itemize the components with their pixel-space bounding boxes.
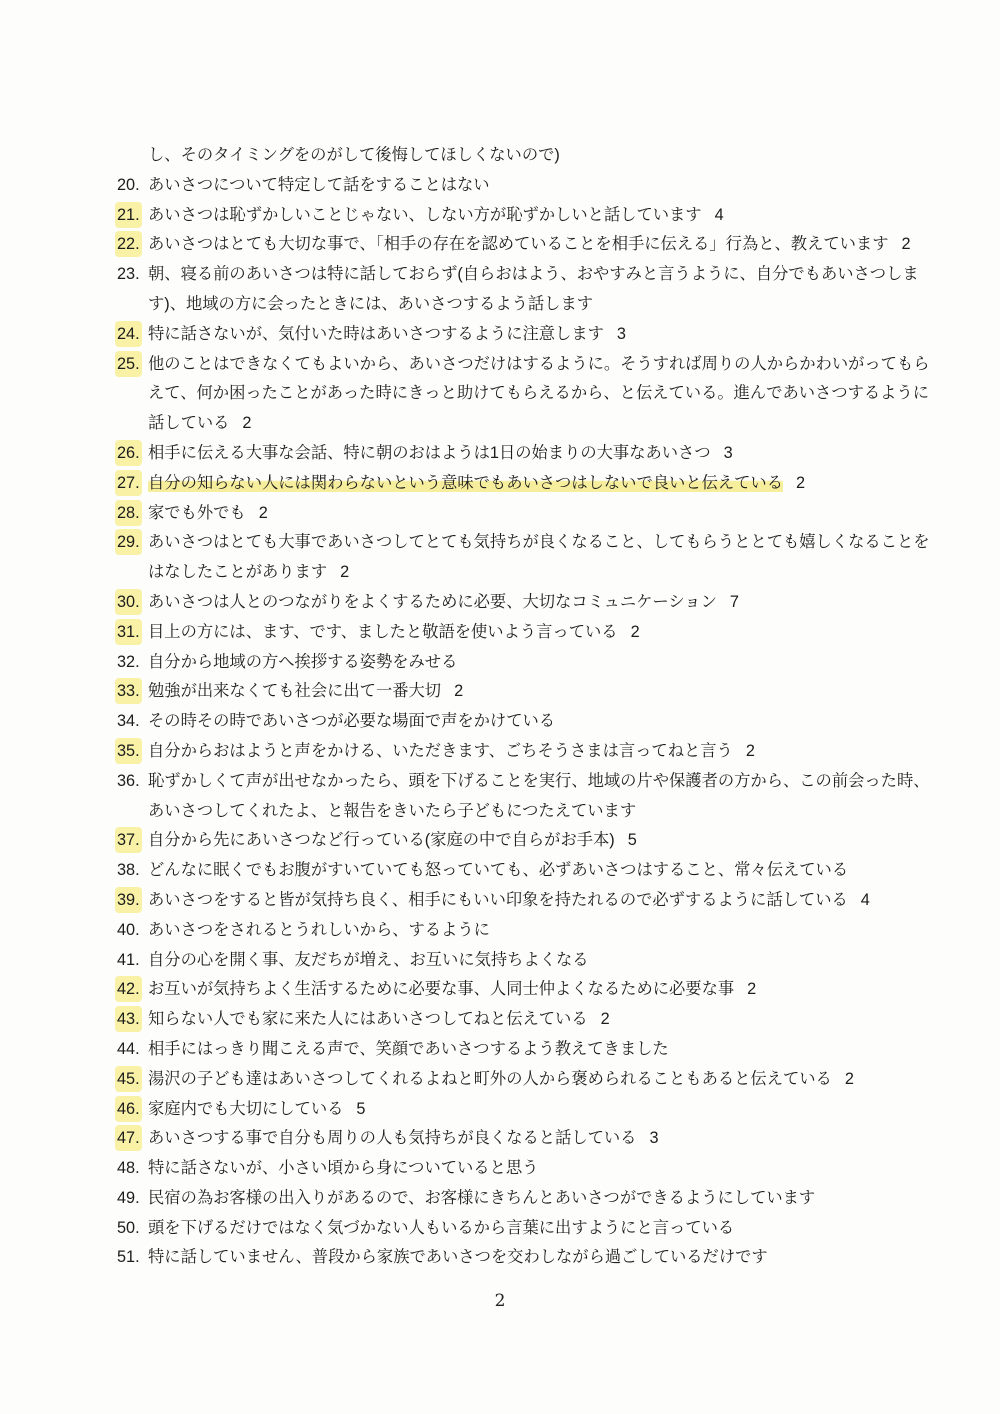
item-number: 50. bbox=[117, 1217, 140, 1239]
item-text-block: 特に話さないが、小さい頃から身についていると思う bbox=[148, 1154, 932, 1184]
item-count: 2 bbox=[454, 682, 463, 700]
item-number: 45. bbox=[117, 1068, 140, 1090]
item-text-block: 目上の方には、ます、です、ましたと敬語を使いよう言っている2 bbox=[148, 618, 932, 648]
item-text-block: 相手にはっきり聞こえる声で、笑顔であいさつするよう教えてきました bbox=[148, 1035, 932, 1065]
items-list: 20. あいさつについて特定して話をすることはない 21. あいさつは恥ずかしい… bbox=[117, 171, 937, 1273]
item-number: 33. bbox=[117, 680, 140, 702]
item-text: お互いが気持ちよく生活するために必要な事、人同士仲よくなるために必要な事 bbox=[148, 980, 734, 998]
list-item: 32. 自分から地域の方へ挨拶する姿勢をみせる bbox=[117, 648, 937, 678]
item-number: 43. bbox=[117, 1008, 140, 1030]
item-number-cell: 49. bbox=[117, 1184, 148, 1214]
item-count: 3 bbox=[617, 325, 626, 343]
item-number: 30. bbox=[117, 591, 140, 613]
item-count: 2 bbox=[901, 235, 910, 253]
item-number-cell: 26. bbox=[117, 439, 148, 469]
item-text-block: あいさつをされるとうれしいから、するように bbox=[148, 916, 932, 946]
item-number: 22. bbox=[117, 233, 140, 255]
item-number: 51. bbox=[117, 1246, 140, 1268]
item-text: 湯沢の子ども達はあいさつしてくれるよねと町外の人から褒められることもあると伝えて… bbox=[148, 1070, 832, 1088]
item-number: 42. bbox=[117, 978, 140, 1000]
document-content: し、そのタイミングをのがして後悔してほしくないので) 20. あいさつについて特… bbox=[117, 141, 937, 1273]
item-number: 24. bbox=[117, 323, 140, 345]
item-text: あいさつをされるとうれしいから、するように bbox=[148, 921, 490, 939]
item-text-block: 家庭内でも大切にしている5 bbox=[148, 1095, 932, 1125]
item-text: あいさつをすると皆が気持ち良く、相手にもいい印象を持たれるので必ずするように話し… bbox=[148, 891, 848, 909]
list-item: 48. 特に話さないが、小さい頃から身についていると思う bbox=[117, 1154, 937, 1184]
item-number: 29. bbox=[117, 531, 140, 553]
item-number: 27. bbox=[117, 472, 140, 494]
list-item: 31. 目上の方には、ます、です、ましたと敬語を使いよう言っている2 bbox=[117, 618, 937, 648]
item-text-block: 自分からおはようと声をかける、いただきます、ごちそうさまは言ってねと言う2 bbox=[148, 737, 932, 767]
item-number: 35. bbox=[117, 740, 140, 762]
list-item: 45. 湯沢の子ども達はあいさつしてくれるよねと町外の人から褒められることもある… bbox=[117, 1065, 937, 1095]
item-text: 自分の知らない人には関わらないという意味でもあいさつはしないで良いと伝えている bbox=[148, 474, 783, 492]
list-item: 40. あいさつをされるとうれしいから、するように bbox=[117, 916, 937, 946]
item-number-cell: 29. bbox=[117, 528, 148, 558]
list-item: 27. 自分の知らない人には関わらないという意味でもあいさつはしないで良いと伝え… bbox=[117, 469, 937, 499]
item-number-cell: 28. bbox=[117, 499, 148, 529]
item-number: 34. bbox=[117, 710, 140, 732]
item-count: 3 bbox=[649, 1129, 658, 1147]
list-item: 22. あいさつはとても大切な事で、「相手の存在を認めていることを相手に伝える」… bbox=[117, 230, 937, 260]
item-text-block: 自分の知らない人には関わらないという意味でもあいさつはしないで良いと伝えている2 bbox=[148, 469, 932, 499]
item-text: 相手に伝える大事な会話、特に朝のおはようは1日の始まりの大事なあいさつ bbox=[148, 444, 711, 462]
item-number-cell: 22. bbox=[117, 230, 148, 260]
item-text-block: その時その時であいさつが必要な場面で声をかけている bbox=[148, 707, 932, 737]
item-number-cell: 43. bbox=[117, 1005, 148, 1035]
item-text-block: 知らない人でも家に来た人にはあいさつしてねと伝えている2 bbox=[148, 1005, 932, 1035]
item-text-block: 恥ずかしくて声が出せなかったら、頭を下げることを実行、地域の片や保護者の方から、… bbox=[148, 767, 932, 827]
item-number-cell: 24. bbox=[117, 320, 148, 350]
item-number-cell: 35. bbox=[117, 737, 148, 767]
item-number: 44. bbox=[117, 1038, 140, 1060]
item-text-block: お互いが気持ちよく生活するために必要な事、人同士仲よくなるために必要な事2 bbox=[148, 975, 932, 1005]
item-number-cell: 32. bbox=[117, 648, 148, 678]
item-text: どんなに眠くでもお腹がすいていても怒っていても、必ずあいさつはすること、常々伝え… bbox=[148, 861, 848, 879]
item-count: 2 bbox=[601, 1010, 610, 1028]
list-item: 33. 勉強が出来なくても社会に出て一番大切2 bbox=[117, 677, 937, 707]
item-count: 2 bbox=[796, 474, 805, 492]
item-text: 相手にはっきり聞こえる声で、笑顔であいさつするよう教えてきました bbox=[148, 1040, 669, 1058]
item-number-cell: 39. bbox=[117, 886, 148, 916]
item-number: 32. bbox=[117, 651, 140, 673]
item-number-cell: 20. bbox=[117, 171, 148, 201]
item-number-cell: 38. bbox=[117, 856, 148, 886]
item-text: 自分からおはようと声をかける、いただきます、ごちそうさまは言ってねと言う bbox=[148, 742, 733, 760]
item-number-cell: 48. bbox=[117, 1154, 148, 1184]
item-number-cell: 23. bbox=[117, 260, 148, 290]
list-item: 35. 自分からおはようと声をかける、いただきます、ごちそうさまは言ってねと言う… bbox=[117, 737, 937, 767]
list-item: 34. その時その時であいさつが必要な場面で声をかけている bbox=[117, 707, 937, 737]
list-item: 30. あいさつは人とのつながりをよくするために必要、大切なコミュニケーション7 bbox=[117, 588, 937, 618]
list-item: 43. 知らない人でも家に来た人にはあいさつしてねと伝えている2 bbox=[117, 1005, 937, 1035]
item-text-block: あいさつはとても大事であいさつしてとても気持ちが良くなること、してもらうととても… bbox=[148, 528, 932, 588]
item-text-block: 頭を下げるだけではなく気づかない人もいるから言葉に出すようにと言っている bbox=[148, 1214, 932, 1244]
item-text: あいさつする事で自分も周りの人も気持ちが良くなると話している bbox=[148, 1129, 636, 1147]
item-count: 4 bbox=[715, 206, 724, 224]
item-number-cell: 41. bbox=[117, 946, 148, 976]
item-number: 39. bbox=[117, 889, 140, 911]
item-text: 他のことはできなくてもよいから、あいさつだけはするように。そうすれば周りの人から… bbox=[148, 355, 930, 433]
list-item: 38. どんなに眠くでもお腹がすいていても怒っていても、必ずあいさつはすること、… bbox=[117, 856, 937, 886]
item-text: 自分から先にあいさつなど行っている(家庭の中で自らがお手本) bbox=[148, 831, 615, 849]
item-count: 2 bbox=[845, 1070, 854, 1088]
list-item: 37. 自分から先にあいさつなど行っている(家庭の中で自らがお手本)5 bbox=[117, 826, 937, 856]
item-text-block: あいさつについて特定して話をすることはない bbox=[148, 171, 932, 201]
list-item: 24. 特に話さないが、気付いた時はあいさつするように注意します3 bbox=[117, 320, 937, 350]
item-text: 頭を下げるだけではなく気づかない人もいるから言葉に出すようにと言っている bbox=[148, 1219, 734, 1237]
item-count: 2 bbox=[259, 504, 268, 522]
item-text: 自分から地域の方へ挨拶する姿勢をみせる bbox=[148, 653, 457, 671]
item-number-cell: 44. bbox=[117, 1035, 148, 1065]
item-number-cell: 37. bbox=[117, 826, 148, 856]
item-count: 2 bbox=[242, 414, 251, 432]
item-number: 46. bbox=[117, 1098, 140, 1120]
item-text: あいさつは人とのつながりをよくするために必要、大切なコミュニケーション bbox=[148, 593, 717, 611]
list-item: 44. 相手にはっきり聞こえる声で、笑顔であいさつするよう教えてきました bbox=[117, 1035, 937, 1065]
item-text-block: 湯沢の子ども達はあいさつしてくれるよねと町外の人から褒められることもあると伝えて… bbox=[148, 1065, 932, 1095]
item-number: 21. bbox=[117, 204, 140, 226]
item-number: 26. bbox=[117, 442, 140, 464]
item-text-block: 特に話さないが、気付いた時はあいさつするように注意します3 bbox=[148, 320, 932, 350]
item-text: 目上の方には、ます、です、ましたと敬語を使いよう言っている bbox=[148, 623, 618, 641]
list-item: 28. 家でも外でも2 bbox=[117, 499, 937, 529]
item-text: あいさつはとても大切な事で、「相手の存在を認めていることを相手に伝える」行為と、… bbox=[148, 235, 888, 253]
item-text: 家でも外でも bbox=[148, 504, 246, 522]
item-text-block: あいさつする事で自分も周りの人も気持ちが良くなると話している3 bbox=[148, 1124, 932, 1154]
list-item: 49. 民宿の為お客様の出入りがあるので、お客様にきちんとあいさつができるように… bbox=[117, 1184, 937, 1214]
item-number: 28. bbox=[117, 502, 140, 524]
list-item: 42. お互いが気持ちよく生活するために必要な事、人同士仲よくなるために必要な事… bbox=[117, 975, 937, 1005]
item-text-block: 朝、寝る前のあいさつは特に話しておらず(自らおはよう、おやすみと言うように、自分… bbox=[148, 260, 932, 320]
item-number-cell: 31. bbox=[117, 618, 148, 648]
item-number: 20. bbox=[117, 174, 140, 196]
list-item: 25. 他のことはできなくてもよいから、あいさつだけはするように。そうすれば周り… bbox=[117, 350, 937, 439]
item-text-block: あいさつは人とのつながりをよくするために必要、大切なコミュニケーション7 bbox=[148, 588, 932, 618]
item-text: あいさつについて特定して話をすることはない bbox=[148, 176, 490, 194]
item-number: 25. bbox=[117, 353, 140, 375]
item-count: 2 bbox=[340, 563, 349, 581]
item-number: 40. bbox=[117, 919, 140, 941]
list-item: 50. 頭を下げるだけではなく気づかない人もいるから言葉に出すようにと言っている bbox=[117, 1214, 937, 1244]
item-number: 37. bbox=[117, 829, 140, 851]
item-number: 41. bbox=[117, 949, 140, 971]
item-count: 2 bbox=[746, 742, 755, 760]
item-text-block: 自分の心を開く事、友だちが増え、お互いに気持ちよくなる bbox=[148, 946, 932, 976]
list-item: 23. 朝、寝る前のあいさつは特に話しておらず(自らおはよう、おやすみと言うよう… bbox=[117, 260, 937, 320]
item-text-block: どんなに眠くでもお腹がすいていても怒っていても、必ずあいさつはすること、常々伝え… bbox=[148, 856, 932, 886]
item-number-cell: 40. bbox=[117, 916, 148, 946]
list-item: 41. 自分の心を開く事、友だちが増え、お互いに気持ちよくなる bbox=[117, 946, 937, 976]
item-text-block: あいさつをすると皆が気持ち良く、相手にもいい印象を持たれるので必ずするように話し… bbox=[148, 886, 932, 916]
item-number-cell: 33. bbox=[117, 677, 148, 707]
document-page: し、そのタイミングをのがして後悔してほしくないので) 20. あいさつについて特… bbox=[0, 0, 1000, 1414]
item-text: 特に話していません、普段から家族であいさつを交わしながら過ごしているだけです bbox=[148, 1248, 768, 1266]
item-text-block: 相手に伝える大事な会話、特に朝のおはようは1日の始まりの大事なあいさつ3 bbox=[148, 439, 932, 469]
item-text: 知らない人でも家に来た人にはあいさつしてねと伝えている bbox=[148, 1010, 588, 1028]
item-number: 38. bbox=[117, 859, 140, 881]
list-item: 20. あいさつについて特定して話をすることはない bbox=[117, 171, 937, 201]
item-number-cell: 45. bbox=[117, 1065, 148, 1095]
item-text-block: 特に話していません、普段から家族であいさつを交わしながら過ごしているだけです bbox=[148, 1243, 932, 1273]
item-count: 3 bbox=[724, 444, 733, 462]
item-number: 47. bbox=[117, 1127, 140, 1149]
item-number-cell: 50. bbox=[117, 1214, 148, 1244]
item-number: 48. bbox=[117, 1157, 140, 1179]
item-text-block: 他のことはできなくてもよいから、あいさつだけはするように。そうすれば周りの人から… bbox=[148, 350, 932, 439]
item-text-block: 民宿の為お客様の出入りがあるので、お客様にきちんとあいさつができるようにしていま… bbox=[148, 1184, 932, 1214]
item-text-block: 自分から先にあいさつなど行っている(家庭の中で自らがお手本)5 bbox=[148, 826, 932, 856]
item-number: 36. bbox=[117, 770, 140, 792]
item-text: 朝、寝る前のあいさつは特に話しておらず(自らおはよう、おやすみと言うように、自分… bbox=[148, 265, 919, 313]
item-count: 2 bbox=[631, 623, 640, 641]
list-item: 47. あいさつする事で自分も周りの人も気持ちが良くなると話している3 bbox=[117, 1124, 937, 1154]
item-text: あいさつは恥ずかしいことじゃない、しない方が恥ずかしいと話しています bbox=[148, 206, 702, 224]
list-item: 29. あいさつはとても大事であいさつしてとても気持ちが良くなること、してもらう… bbox=[117, 528, 937, 588]
item-text: 特に話さないが、気付いた時はあいさつするように注意します bbox=[148, 325, 604, 343]
list-item: 26. 相手に伝える大事な会話、特に朝のおはようは1日の始まりの大事なあいさつ3 bbox=[117, 439, 937, 469]
item-number-cell: 46. bbox=[117, 1095, 148, 1125]
item-text-block: あいさつはとても大切な事で、「相手の存在を認めていることを相手に伝える」行為と、… bbox=[148, 230, 932, 260]
item-number-cell: 42. bbox=[117, 975, 148, 1005]
item-number-cell: 34. bbox=[117, 707, 148, 737]
item-text-block: 自分から地域の方へ挨拶する姿勢をみせる bbox=[148, 648, 932, 678]
item-text: 自分の心を開く事、友だちが増え、お互いに気持ちよくなる bbox=[148, 951, 589, 969]
item-text: その時その時であいさつが必要な場面で声をかけている bbox=[148, 712, 555, 730]
item-text-block: 家でも外でも2 bbox=[148, 499, 932, 529]
item-text: 特に話さないが、小さい頃から身についていると思う bbox=[148, 1159, 538, 1177]
item-text-block: 勉強が出来なくても社会に出て一番大切2 bbox=[148, 677, 932, 707]
item-number-cell: 27. bbox=[117, 469, 148, 499]
item-text: 恥ずかしくて声が出せなかったら、頭を下げることを実行、地域の片や保護者の方から、… bbox=[148, 772, 930, 820]
item-number-cell: 30. bbox=[117, 588, 148, 618]
item-text: 勉強が出来なくても社会に出て一番大切 bbox=[148, 682, 441, 700]
list-item: 36. 恥ずかしくて声が出せなかったら、頭を下げることを実行、地域の片や保護者の… bbox=[117, 767, 937, 827]
continuation-line: し、そのタイミングをのがして後悔してほしくないので) bbox=[148, 141, 932, 171]
item-number-cell: 47. bbox=[117, 1124, 148, 1154]
item-text: 民宿の為お客様の出入りがあるので、お客様にきちんとあいさつができるようにしていま… bbox=[148, 1189, 815, 1207]
item-text-block: あいさつは恥ずかしいことじゃない、しない方が恥ずかしいと話しています4 bbox=[148, 201, 932, 231]
item-number: 31. bbox=[117, 621, 140, 643]
item-count: 2 bbox=[747, 980, 756, 998]
item-number-cell: 36. bbox=[117, 767, 148, 797]
list-item: 46. 家庭内でも大切にしている5 bbox=[117, 1095, 937, 1125]
item-number: 49. bbox=[117, 1187, 140, 1209]
list-item: 51. 特に話していません、普段から家族であいさつを交わしながら過ごしているだけ… bbox=[117, 1243, 937, 1273]
item-number-cell: 25. bbox=[117, 350, 148, 380]
item-count: 7 bbox=[730, 593, 739, 611]
item-number-cell: 21. bbox=[117, 201, 148, 231]
item-number: 23. bbox=[117, 263, 140, 285]
page-number: 2 bbox=[0, 1291, 1000, 1311]
item-number-cell: 51. bbox=[117, 1243, 148, 1273]
list-item: 21. あいさつは恥ずかしいことじゃない、しない方が恥ずかしいと話しています4 bbox=[117, 201, 937, 231]
item-count: 5 bbox=[628, 831, 637, 849]
item-count: 4 bbox=[861, 891, 870, 909]
item-text: あいさつはとても大事であいさつしてとても気持ちが良くなること、してもらうととても… bbox=[148, 533, 930, 581]
list-item: 39. あいさつをすると皆が気持ち良く、相手にもいい印象を持たれるので必ずするよ… bbox=[117, 886, 937, 916]
item-text: 家庭内でも大切にしている bbox=[148, 1100, 343, 1118]
item-count: 5 bbox=[356, 1100, 365, 1118]
